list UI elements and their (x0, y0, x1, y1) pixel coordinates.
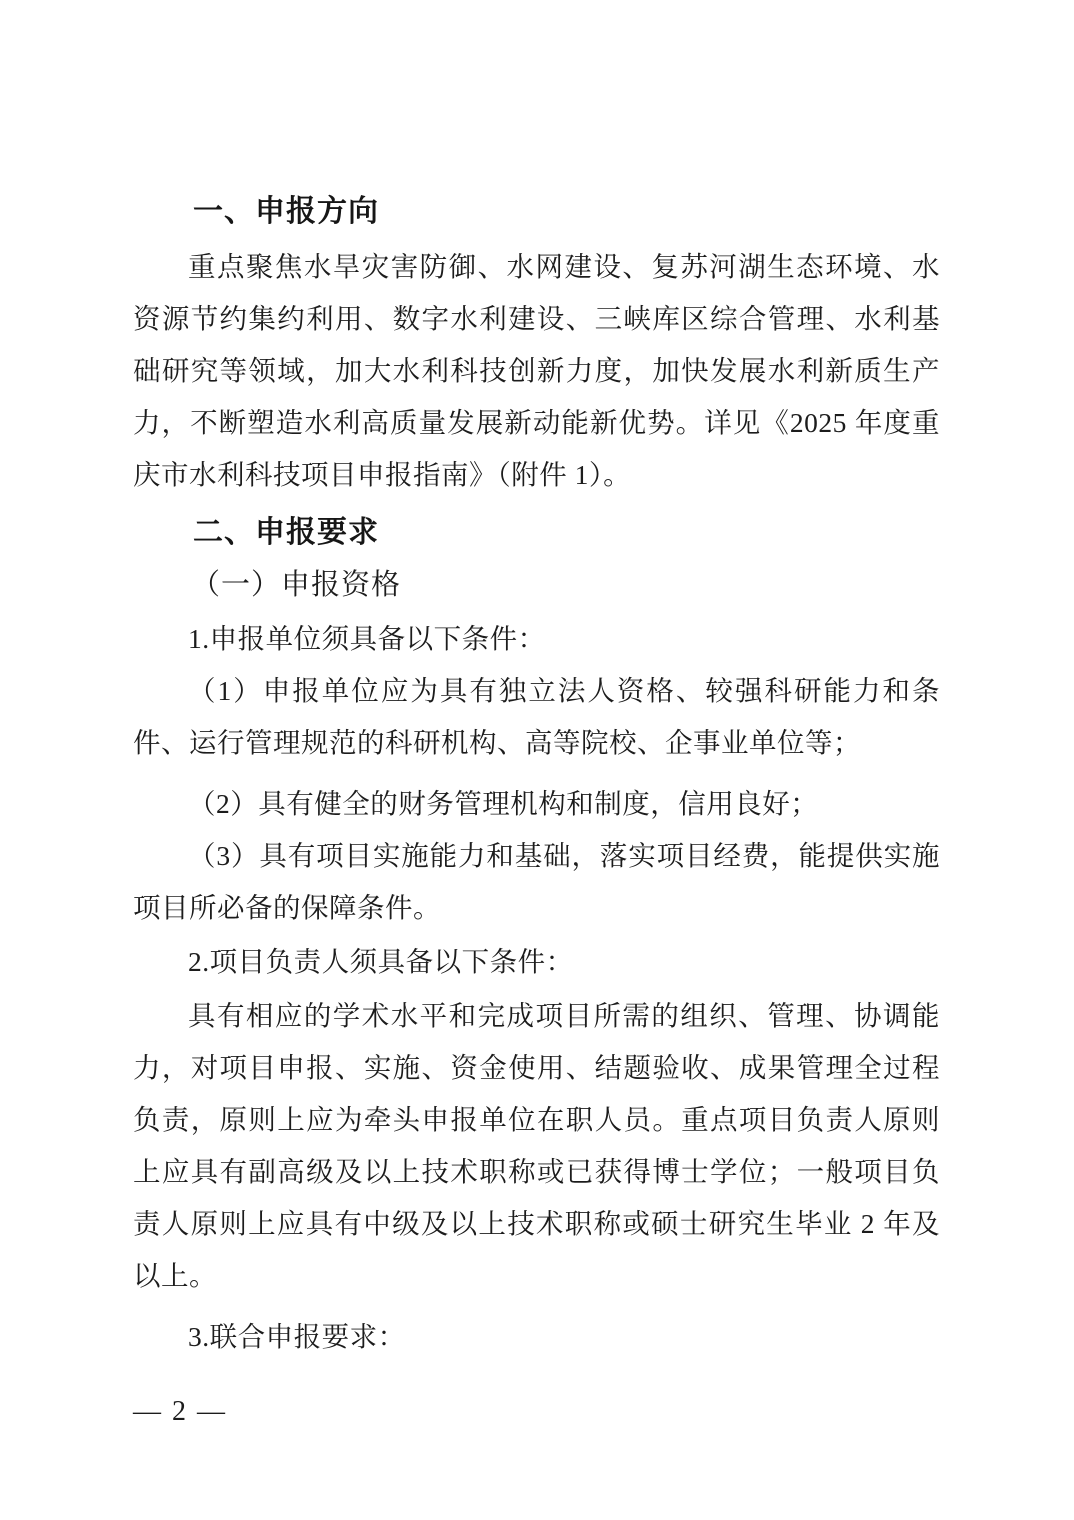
section-1-heading: 一、申报方向 (133, 186, 940, 238)
section-1-paragraph: 重点聚焦水旱灾害防御、水网建设、复苏河湖生态环境、水资源节约集约利用、数字水利建… (133, 241, 940, 501)
subsection-1-heading: （一）申报资格 (133, 559, 940, 611)
document-body: 一、申报方向 重点聚焦水旱灾害防御、水网建设、复苏河湖生态环境、水资源节约集约利… (0, 0, 1074, 1438)
item-2-body: 具有相应的学术水平和完成项目所需的组织、管理、协调能力，对项目申报、实施、资金使… (133, 990, 940, 1302)
document-page: 一、申报方向 重点聚焦水旱灾害防御、水网建设、复苏河湖生态环境、水资源节约集约利… (0, 0, 1074, 1520)
page-number: — 2 — (133, 1386, 940, 1438)
item-1-lead: 1.申报单位须具备以下条件： (133, 613, 940, 665)
section-2-heading: 二、申报要求 (133, 507, 940, 559)
item-1-sub-3: （3）具有项目实施能力和基础，落实项目经费，能提供实施项目所必备的保障条件。 (133, 830, 940, 934)
item-1-sub-1: （1）申报单位应为具有独立法人资格、较强科研能力和条件、运行管理规范的科研机构、… (133, 665, 940, 769)
item-3-lead: 3.联合申报要求： (133, 1311, 940, 1363)
item-1-sub-2: （2）具有健全的财务管理机构和制度，信用良好； (133, 778, 940, 830)
item-2-lead: 2.项目负责人须具备以下条件： (133, 936, 940, 988)
